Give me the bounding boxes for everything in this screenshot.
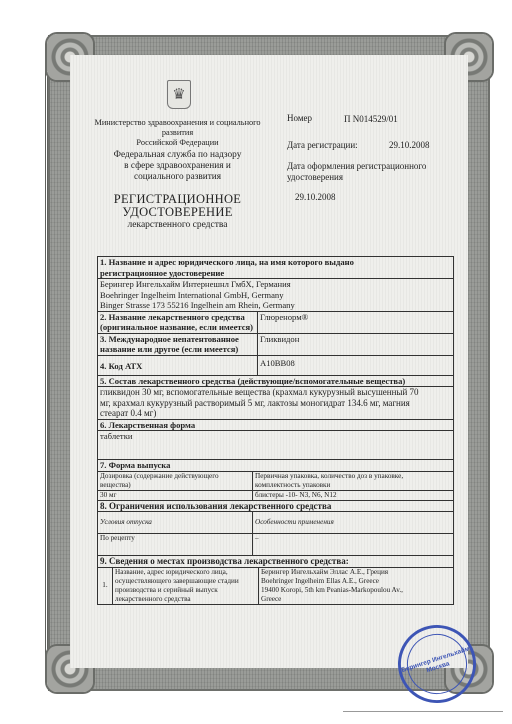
composition-line: гликвидон 30 мг, вспомогательные веществ… [100,387,451,398]
manufacturer-label: осуществляющего завершающие стадии [115,577,256,586]
composition-line: стеарат 0.4 мг) [100,408,451,419]
title-subline: лекарственного средства [95,219,260,232]
number-value: П N014529/01 [344,114,398,125]
ministry-line: Российской Федерации [90,138,265,148]
drug-trade-name: Глюренорм® [258,312,453,333]
column-header: Условия отпуска [98,512,253,533]
composition-line: мг, крахмал кукурузный растворимый 5 мг,… [100,398,451,409]
dosage-value: 30 мг [98,491,253,500]
manufacturer-label: производства и серийный выпуск [115,586,256,595]
section-4: 4. Код АТХ A10BB08 [98,356,453,376]
stamp-text: Берингер Ингельхайм Москва [400,645,473,682]
manufacturer-label: Название, адрес юридического лица, [115,568,256,577]
section-7-col-headers: Дозировка (содержание действующего вещес… [98,472,453,491]
holder-name-en: Boehringer Ingelheim International GmbH,… [100,290,451,301]
column-header: Первичная упаковка, количество доз в упа… [255,472,451,481]
section-8-values: По рецепту – [98,534,453,556]
section-title: регистрационное удостоверение [100,268,451,279]
section-9-row: 1. Название, адрес юридического лица, ос… [98,568,453,604]
section-title: 9. Сведения о местах производства лекарс… [98,556,453,567]
section-5-header: 5. Состав лекарственного средства (дейст… [98,376,453,388]
section-3: 3. Международное непатентованное названи… [98,334,453,356]
section-label: 2. Название лекарственного средства [100,312,255,323]
service-line: в сфере здравоохранения и [95,161,260,172]
section-1-body: Берингер Ингельхайм Интернешнл ГмбХ, Гер… [98,279,453,312]
section-8-col-headers: Условия отпуска Особенности применения [98,512,453,534]
holder-address: Binger Strasse 173 55216 Ingelhein am Rh… [100,300,451,311]
section-label: 3. Международное непатентованное [100,334,255,345]
issue-date-value: 29.10.2008 [295,192,336,203]
manufacturer-name-en: Boehringer Ingelheim Ellas A.E., Greece [261,577,451,586]
certificate-table: 1. Название и адрес юридического лица, н… [97,256,454,605]
section-6-header: 6. Лекарственная форма [98,420,453,432]
section-2: 2. Название лекарственного средства (ори… [98,312,453,334]
section-1-header: 1. Название и адрес юридического лица, н… [98,257,453,279]
section-7-values: 30 мг блистеры -10- N3, N6, N12 [98,491,453,501]
section-title: 8. Ограничения использования лекарственн… [98,501,453,512]
section-title: 5. Состав лекарственного средства (дейст… [98,376,453,387]
certificate-title: РЕГИСТРАЦИОННОЕ УДОСТОВЕРЕНИЕ лекарствен… [95,193,260,232]
holder-name-ru: Берингер Ингельхайм Интернешнл ГмбХ, Гер… [100,279,451,290]
title-line: УДОСТОВЕРЕНИЕ [95,206,260,219]
section-7-header: 7. Форма выпуска [98,460,453,472]
column-header: комплектность упаковки [255,481,451,490]
manufacturer-label: лекарственного средства [115,595,256,604]
section-9-header: 9. Сведения о местах производства лекарс… [98,556,453,568]
ministry-line: Министерство здравоохранения и социально… [90,118,265,128]
ministry-line: развития [90,128,265,138]
reg-date-value: 29.10.2008 [389,140,430,151]
usage-notes: – [253,534,453,555]
section-6-body: таблетки [98,431,453,460]
section-title: 1. Название и адрес юридического лица, н… [100,257,451,268]
dosage-form: таблетки [98,431,453,459]
federal-service-name: Федеральная служба по надзору в сфере зд… [95,150,260,183]
section-label: название или другое (если имеется) [100,344,255,355]
service-line: социального развития [95,172,260,183]
drug-inn: Гликвидон [258,334,453,355]
section-title: 7. Форма выпуска [98,460,453,471]
reg-date-label: Дата регистрации: [287,140,358,151]
section-label: 4. Код АТХ [98,356,258,375]
issue-date-label-line: Дата оформления регистрационного [287,161,426,172]
russian-coat-of-arms-icon: ♛ [167,80,191,109]
dispensing-condition: По рецепту [98,534,253,555]
service-line: Федеральная служба по надзору [95,150,260,161]
row-number: 1. [98,568,113,604]
manufacturer-address: 19400 Koropi, 5th km Peanias-Markopoulou… [261,586,451,595]
issue-date-label: Дата оформления регистрационного удостов… [287,161,426,183]
section-title: 6. Лекарственная форма [98,420,453,431]
atc-code: A10BB08 [258,356,453,375]
issue-date-label-line: удостоверения [287,172,426,183]
section-5-body: гликвидон 30 мг, вспомогательные веществ… [98,387,453,420]
section-8-header: 8. Ограничения использования лекарственн… [98,501,453,513]
column-header: Особенности применения [253,512,453,533]
manufacturer-name-ru: Берингер Ингельхайм Эллас А.Е., Греция [261,568,451,577]
section-label: (оригинальное название, если имеется) [100,322,255,333]
manufacturer-country: Greece [261,595,451,604]
number-label: Номер [287,113,312,124]
packaging-value: блистеры -10- N3, N6, N12 [253,491,453,500]
ministry-name: Министерство здравоохранения и социально… [90,118,265,148]
scan-edge-line [343,711,503,712]
column-header: Дозировка (содержание действующего вещес… [98,472,253,490]
